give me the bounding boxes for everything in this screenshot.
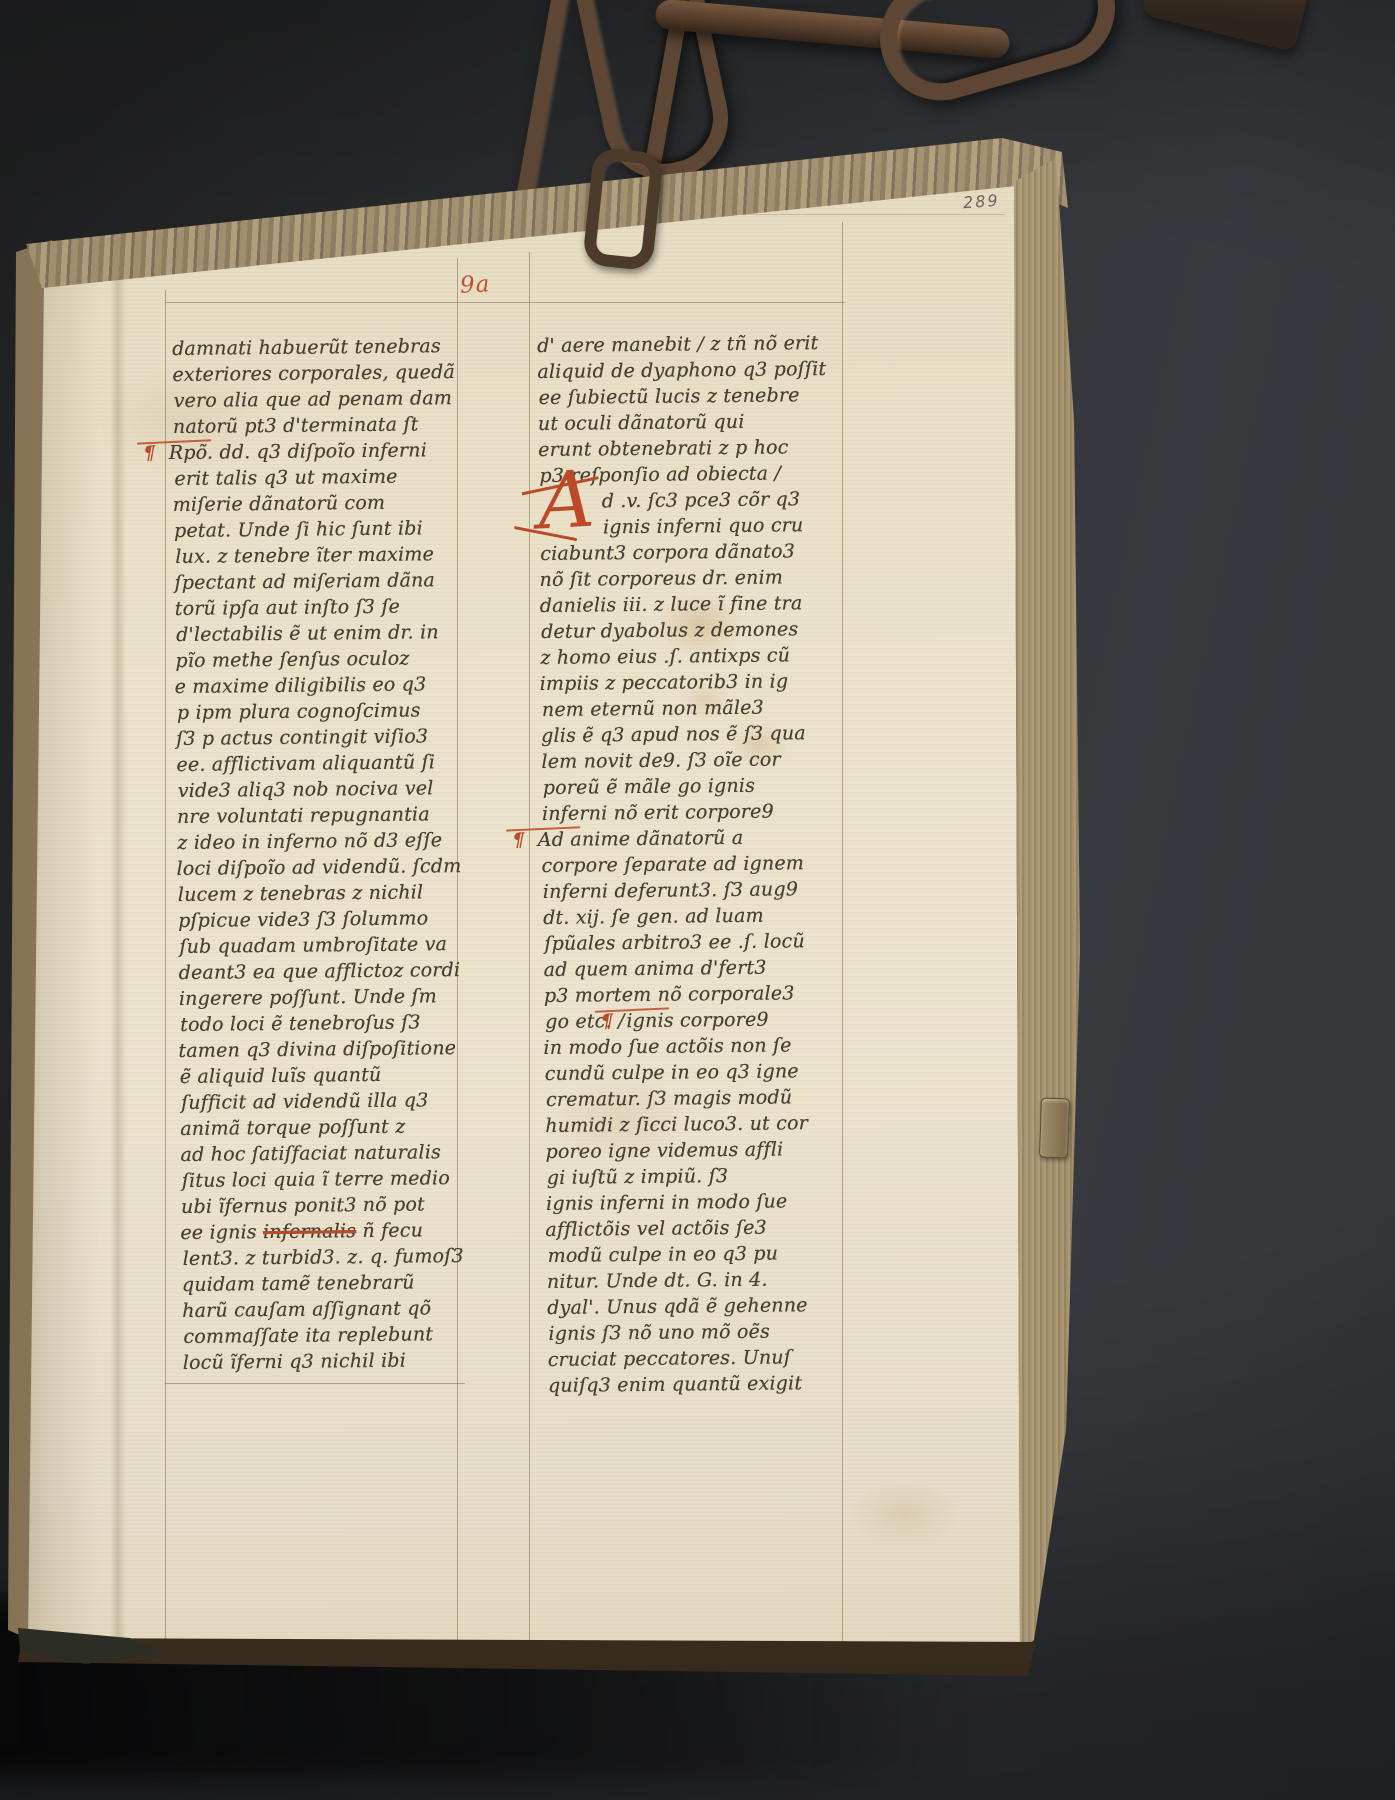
manuscript-text-line: ee ſubiectũ lucis z tenebre [539,382,847,411]
manuscript-text-line: torũ ipſa aut inſto ſ3 ſe [175,593,465,622]
foliation-number-pencil: 289 [962,191,1000,213]
manuscript-text-line: ubi ĩfernus ponit3 nõ pot [181,1191,471,1220]
manuscript-text-line: detur dyabolus z demones [541,616,849,645]
manuscript-text-line: p ipm plura cognoſcimus [177,697,467,726]
manuscript-text-line: impiis z peccatorib3 in ig [540,668,848,697]
manuscript-text-line: quiſq3 enim quantũ exigit [548,1370,856,1399]
red-pilcrow-mark: ¶ [143,442,163,464]
manuscript-text-line: aliquid de dyaphono q3 poſſit [537,356,845,385]
manuscript-text-line: ad quem anima d'fert3 [544,954,852,983]
rubricated-initial-A: A [536,461,596,542]
manuscript-text-line: gi iuſtũ z impiũ. ſ3 [547,1162,855,1191]
manuscript-text-line: petat. Unde ſi hic ſunt ibi [174,515,464,544]
manuscript-text-line: go etc. / ¶ ignis corpore9 [545,1006,853,1035]
manuscript-text-line: ſ3 p actus contingit viſio3 [176,723,466,752]
manuscript-text-line: nre voluntati repugnantia [177,801,467,830]
manuscript-text-line: d' aere manebit / z tñ nõ erit [537,330,845,359]
manuscript-text-line: cundũ culpe in eo q3 igne [545,1058,853,1087]
manuscript-text-line: modũ culpe in eo q3 pu [548,1240,856,1269]
red-strikethrough-word: infernalis [263,1220,356,1243]
manuscript-text-line: erit talis q3 ut maxime [174,463,464,492]
manuscript-text-line: d'lectabilis ẽ ut enim dr. in [176,619,466,648]
manuscript-text-line: miſerie dãnatorũ com [173,489,463,518]
manuscript-text-line: lucem z tenebras z nichil [178,879,468,908]
manuscript-text-line: poreo igne videmus affli [545,1136,853,1165]
manuscript-text-line: nitur. Unde dt. G. in 4. [547,1266,855,1295]
manuscript-text-line: ſpectant ad miſeriam dãna [174,567,464,596]
manuscript-text-line: ignis inferni in modo ſue [546,1188,854,1217]
manuscript-text-line: tamen q3 divina diſpoſitione [178,1035,468,1064]
manuscript-text-line: e maxime diligibilis eo q3 [175,671,465,700]
red-pilcrow-mark: ¶ [512,829,532,851]
manuscript-text-line: pſpicue vide3 ſ3 ſolummo [178,905,468,934]
ruling-line-horizontal [165,1383,465,1384]
chain-attachment-hook-icon [582,147,664,272]
manuscript-text-line: poreũ ẽ mãle go ignis [543,772,851,801]
manuscript-text-line: inferni nõ erit corpore9 [542,798,850,827]
manuscript-text-line: commaſſate ita replebunt [183,1321,473,1350]
ruling-line-vertical [529,252,530,1644]
manuscript-text-line: z ideo in inferno nõ d3 eſſe [177,827,467,856]
manuscript-text-line: pĩo methe ſenſus oculoz [175,645,465,674]
manuscript-text-line: ingerere poſſunt. Unde ſm [179,983,469,1012]
manuscript-text-line: todo loci ẽ tenebroſus ſ3 [180,1009,470,1038]
manuscript-text-line: nõ ſit corporeus dr. enim [539,564,847,593]
manuscript-text-line: locũ ĩferni q3 nichil ibi [183,1347,473,1376]
ruling-line-horizontal [165,302,845,303]
manuscript-text-line: exteriores corporales, quedã [172,359,462,388]
manuscript-text-line: ut oculi dãnatorũ qui [538,408,846,437]
manuscript-text-line: nem eternũ non mãle3 [542,694,850,723]
manuscript-text-line: deant3 ea que afflictoz cordi [179,957,469,986]
manuscript-text-line: crematur. ſ3 magis modũ [546,1084,854,1113]
manuscript-text-line: p3 mortem nõ corporale3 [544,980,852,1009]
manuscript-text-line: natorũ pt3 d'terminata ſt [173,411,463,440]
manuscript-text-line: cruciat peccatores. Unuſ [548,1344,856,1373]
manuscript-text-line: afflictõis vel actõis ſe3 [545,1214,853,1243]
manuscript-text-line: in modo ſue actõis non ſe [543,1032,851,1061]
manuscript-text-line: glis ẽ q3 apud nos ẽ ſ3 qua [541,720,849,749]
manuscript-text-line: ſub quadam umbroſitate va [179,931,469,960]
manuscript-text-line: corpore ſeparate ad ignem [541,850,849,879]
text-column-left: damnati habuerũt tenebrasexteriores corp… [172,333,473,1376]
manuscript-text-line: ee. afflictivam aliquantũ ſi [176,749,466,778]
red-pilcrow-mark: ¶ [601,1010,621,1032]
ruling-line-vertical [165,290,166,1642]
manuscript-text-line: lux. z tenebre ĩter maxime [175,541,465,570]
manuscript-text-line: ¶ Ad anime dãnatorũ a [542,824,850,853]
manuscript-text-line: damnati habuerũt tenebras [172,333,462,362]
folio-heading-red: 9a [459,271,491,299]
manuscript-text-line: ignis ſ3 nõ uno mõ oẽs [548,1318,856,1347]
manuscript-text-line: lem novit de9. ſ3 oĩe cor [541,746,849,775]
manuscript-text-line: z homo eius .ſ. antixps cũ [540,642,848,671]
manuscript-text-line: ẽ aliquid luĩs quantũ [180,1061,470,1090]
manuscript-text-line: humidi z ſicci luco3. ut cor [545,1110,853,1139]
clasp-remnant [1039,1098,1070,1159]
manuscript-text-line: ſpũales arbitro3 ee .ſ. locũ [544,928,852,957]
manuscript-text-line: vide3 aliq3 nob nociva vel [178,775,468,804]
manuscript-text-line: animã torque poſſunt z [180,1113,470,1142]
manuscript-text-line: quidam tamẽ tenebrarũ [182,1269,472,1298]
photo-scene: damnati habuerũt tenebrasexteriores corp… [0,0,1395,1800]
manuscript-text-line: dt. xij. ſe gen. ad luam [543,902,851,931]
manuscript-text-line: ¶ Rpõ. dd. q3 diſpoĩo inferni [173,437,463,466]
manuscript-text-line: ſufficit ad videndũ illa q3 [181,1087,471,1116]
manuscript-text-line: ee ignis infernalis ñ fecu [180,1217,470,1246]
manuscript-text-line: danielis iii. z luce ĩ fine tra [540,590,848,619]
manuscript-text-line: ad hoc ſatiſfaciat naturalis [180,1139,470,1168]
manuscript-text-line: lent3. z turbid3. z. q. fumoſ3 [183,1243,473,1272]
manuscript-text-line: loci diſpoĩo ad videndũ. ſcdm [176,853,466,882]
manuscript-text-line: dyal'. Unus qdã ẽ gehenne [547,1292,855,1321]
manuscript-text-line: harũ cauſam aſſignant qõ [182,1295,472,1324]
manuscript-text-line: inferni deferunt3. ſ3 aug9 [543,876,851,905]
manuscript-text-line: ſitus loci quia ĩ terre medio [182,1165,472,1194]
manuscript-text-line: vero alia que ad penam dam [174,385,464,414]
